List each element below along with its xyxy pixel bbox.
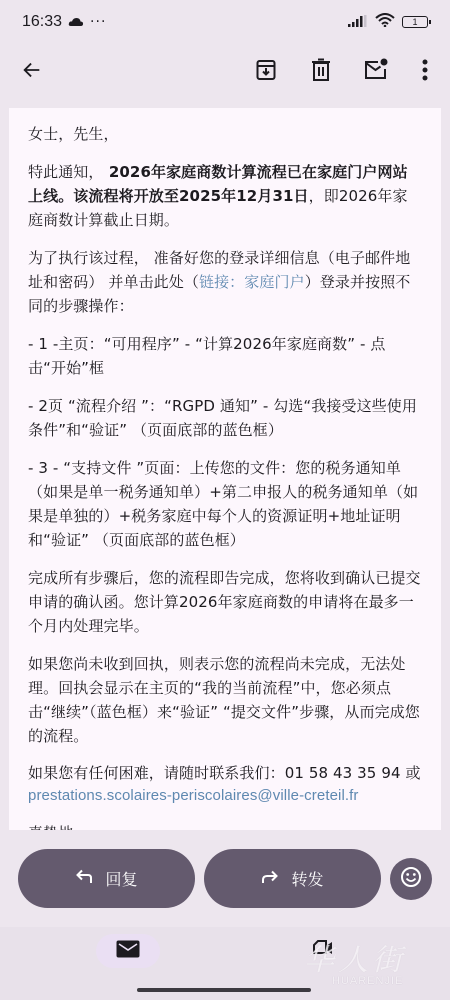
emoji-icon [400, 866, 422, 892]
cloud-icon [68, 13, 84, 31]
forward-label: 转发 [291, 867, 323, 890]
battery-level: 1 [412, 17, 417, 27]
delete-button[interactable] [301, 52, 341, 92]
email-paragraph-intro: 特此通知， 2026年家庭商数计算流程已在家庭门户网站上线。该流程将开放至202… [28, 160, 422, 232]
family-portal-link[interactable]: 链接：家庭门户 [199, 273, 305, 291]
email-step-1: - 1 -主页：“可用程序” - “计算2026年家庭商数” - 点击“开始”框 [28, 332, 422, 380]
watermark-en: HUARENJIE [332, 975, 403, 987]
deadline-date: 2025年12月31日 [179, 187, 309, 205]
email-closing: 真挚地， [28, 821, 422, 830]
email-actions: 回复 转发 [0, 849, 450, 909]
mark-unread-button[interactable] [356, 52, 396, 92]
more-notifications-icon: ··· [90, 14, 106, 30]
contact-email-link[interactable]: prestations.scolaires-periscolaires@vill… [28, 787, 359, 804]
more-options-button[interactable] [405, 52, 445, 92]
add-reaction-button[interactable] [390, 858, 432, 900]
archive-icon [254, 58, 278, 86]
forward-icon [261, 869, 279, 889]
back-button[interactable] [12, 52, 52, 92]
watermark: 华人街 HUARENJIE [300, 935, 450, 1000]
reply-icon [75, 869, 93, 889]
mail-unread-icon [363, 58, 389, 86]
forward-button[interactable]: 转发 [204, 849, 381, 908]
email-step-2: - 2页 “流程介绍 ”：“RGPD 通知” - 勾选“我接受这些使用条件”和“… [28, 394, 422, 442]
reply-label: 回复 [105, 867, 137, 890]
trash-icon [310, 58, 332, 86]
email-paragraph-receipt: 如果您尚未收到回执，则表示您的流程尚未完成，无法处理。回执会显示在主页的“我的当… [28, 652, 422, 748]
home-indicator[interactable] [137, 988, 311, 992]
email-paragraph-complete: 完成所有步骤后，您的流程即告完成，您将收到确认已提交申请的确认函。您计算2026… [28, 566, 422, 638]
arrow-left-icon [21, 59, 43, 85]
contact-text: 如果您有任何困难，请随时联系我们：01 58 43 35 94 或 [28, 764, 421, 782]
nav-mail-tab[interactable] [96, 934, 160, 968]
signal-icon [348, 13, 368, 31]
email-body: 女士，先生， 特此通知， 2026年家庭商数计算流程已在家庭门户网站上线。该流程… [9, 108, 441, 830]
reply-button[interactable]: 回复 [18, 849, 195, 908]
email-step-3: - 3 - “支持文件 ”页面：上传您的文件：您的税务通知单（如果是单一税务通知… [28, 456, 422, 552]
status-bar: 16:33 ··· 1 [0, 0, 450, 44]
email-paragraph-instructions: 为了执行该过程， 准备好您的登录详细信息（电子邮件地址和密码） 并单击此处（链接… [28, 246, 422, 318]
wifi-icon [375, 13, 395, 31]
battery-icon: 1 [402, 16, 428, 28]
intro-text: 特此通知， [28, 163, 104, 181]
status-time: 16:33 [22, 13, 62, 31]
watermark-cn: 华人街 [304, 935, 406, 979]
email-greeting: 女士，先生， [28, 122, 422, 146]
mail-icon [116, 940, 140, 962]
email-toolbar [0, 44, 450, 100]
more-vert-icon [422, 59, 428, 85]
archive-button[interactable] [246, 52, 286, 92]
email-paragraph-contact: 如果您有任何困难，请随时联系我们：01 58 43 35 94 或prestat… [28, 762, 422, 807]
